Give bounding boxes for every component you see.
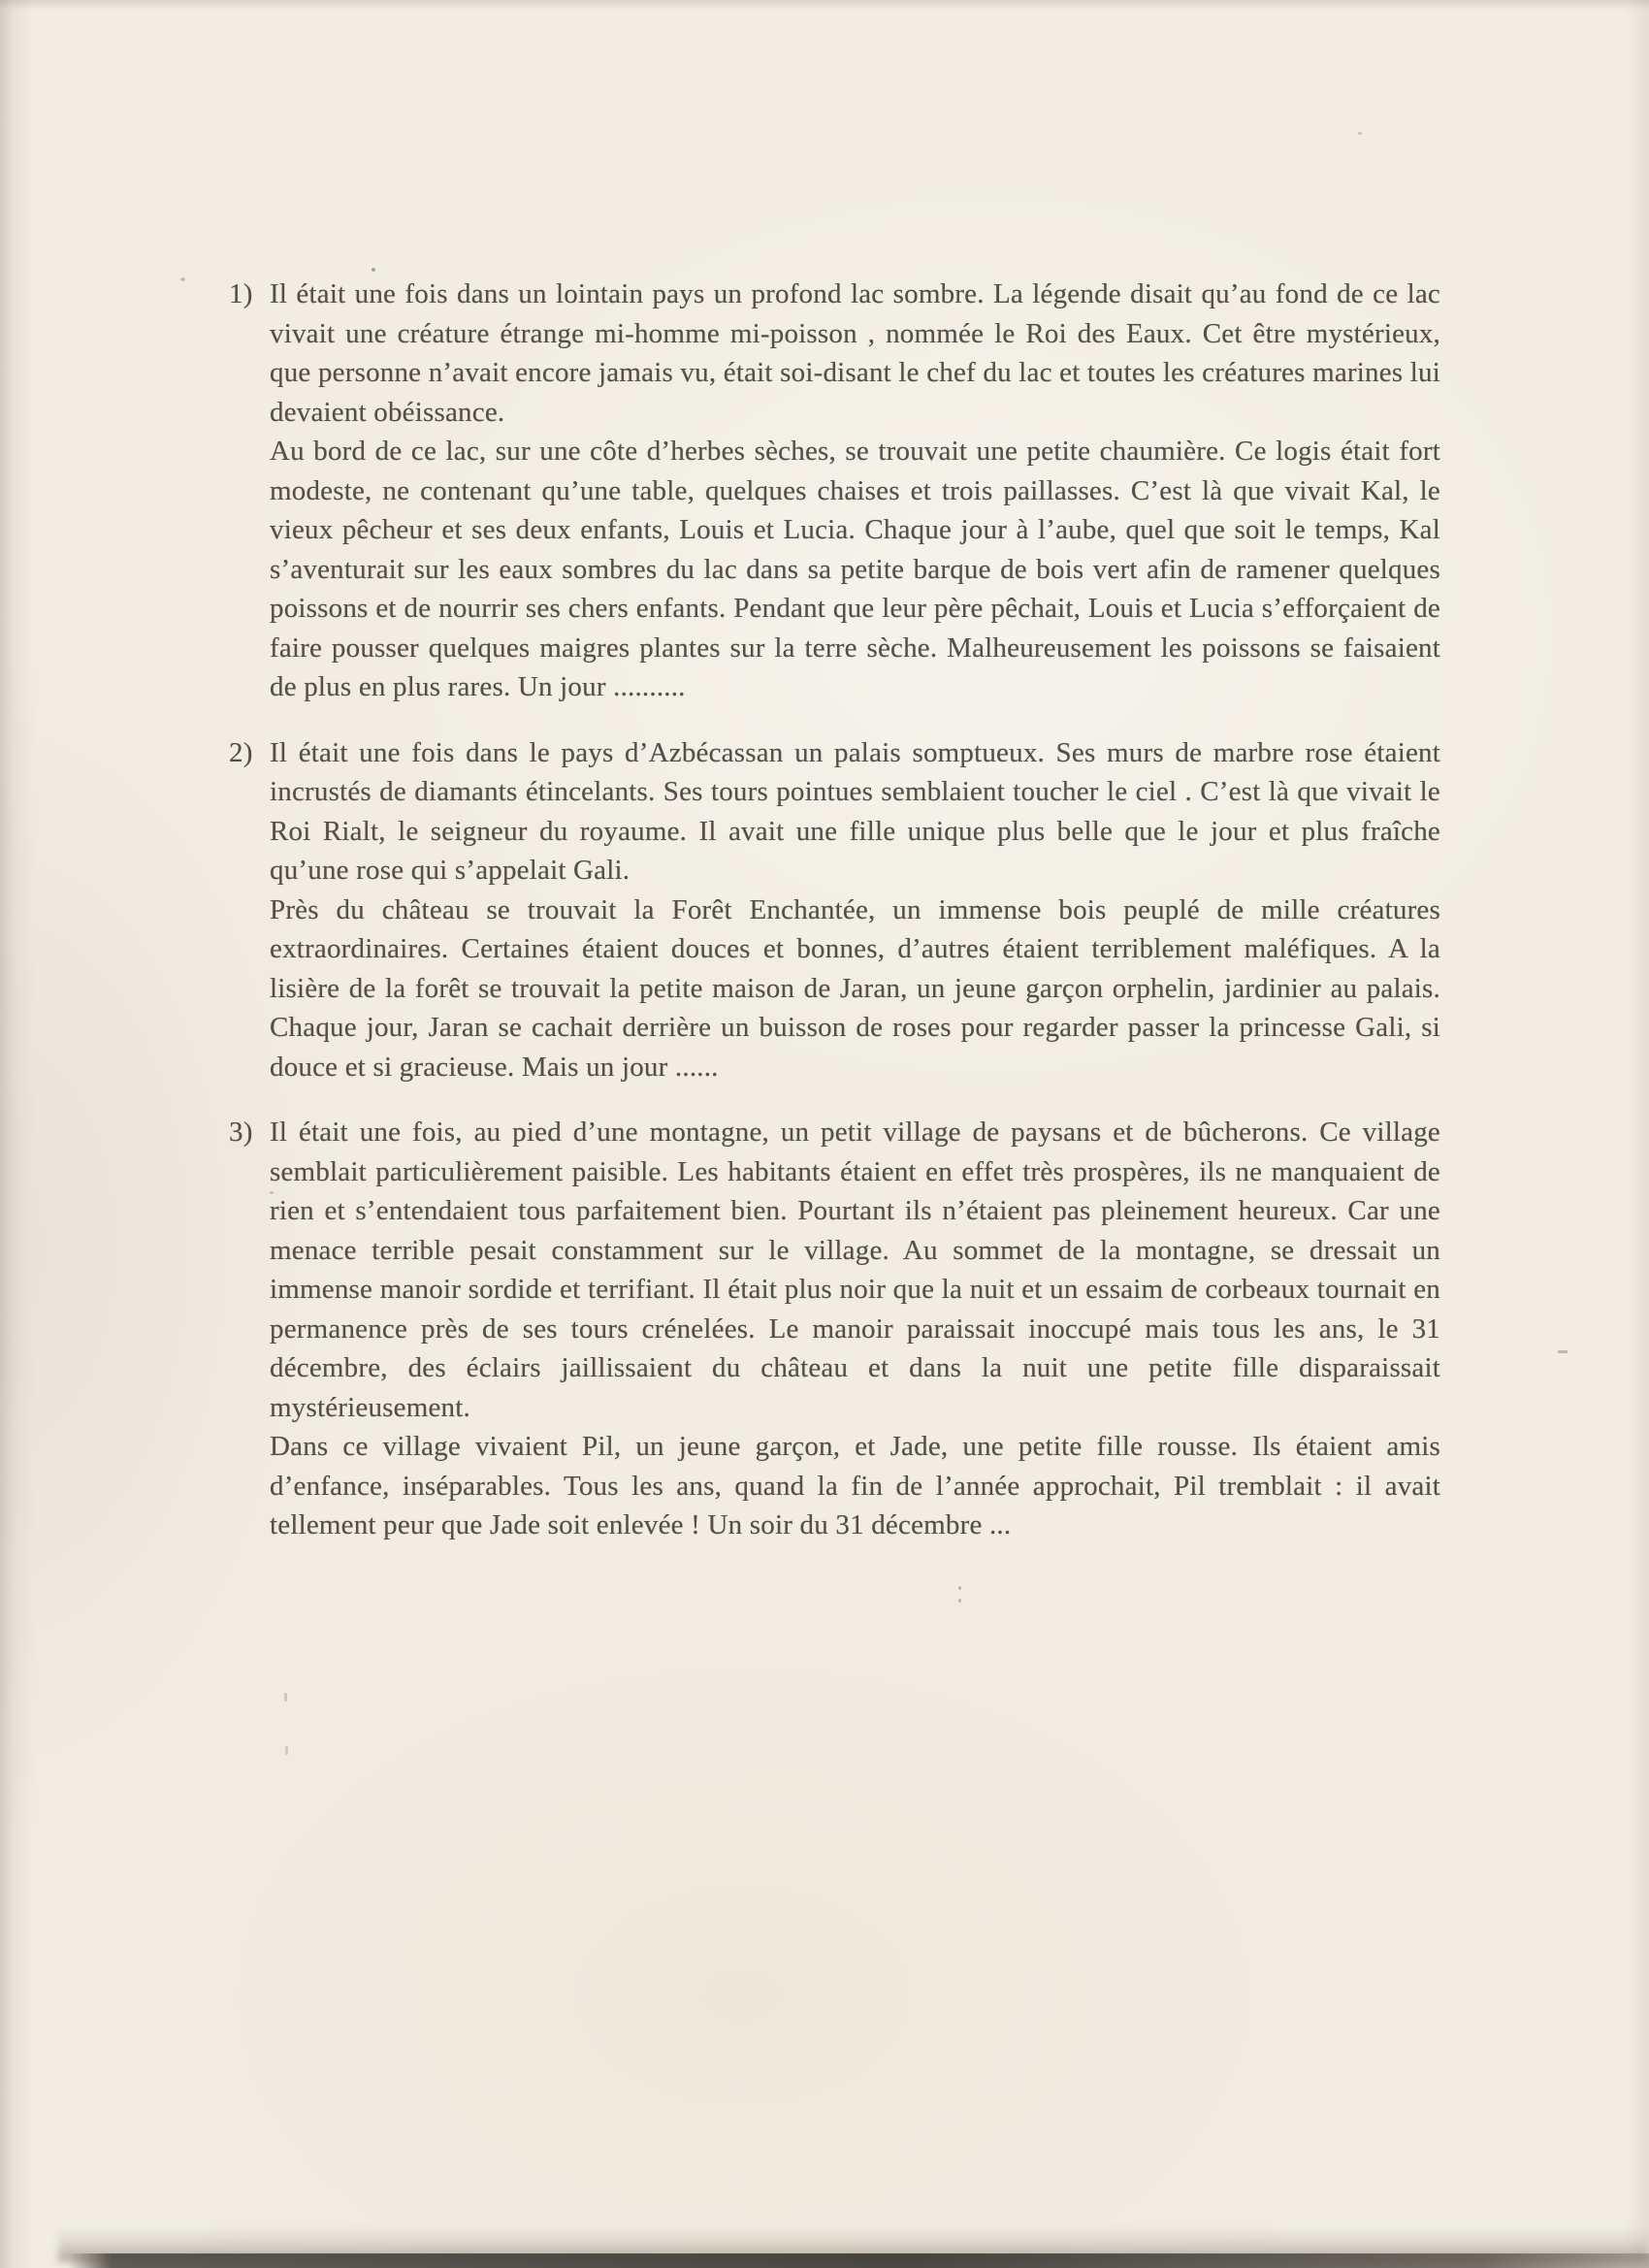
scan-speck [958, 1599, 961, 1603]
story-paragraph: Il était une fois dans le pays d’Azbécas… [270, 733, 1440, 891]
page-edge-right-shading [1626, 0, 1649, 2268]
story-item-2: 2) Il était une fois dans le pays d’Azbé… [270, 733, 1440, 1087]
item-number: 3) [229, 1113, 268, 1152]
scan-speck [285, 1746, 288, 1755]
scan-speck [958, 1586, 961, 1590]
page-edge-top-shading [0, 0, 1649, 10]
story-paragraph: Dans ce village vivaient Pil, un jeune g… [270, 1427, 1440, 1545]
story-list: 1) Il était une fois dans un lointain pa… [270, 275, 1440, 1545]
scanned-page: 1) Il était une fois dans un lointain pa… [0, 0, 1649, 2268]
story-item-3: 3) Il était une fois, au pied d’une mont… [270, 1113, 1440, 1545]
scan-speck [372, 268, 375, 272]
scan-speck [1558, 1350, 1568, 1353]
scan-speck [180, 277, 185, 281]
story-item-1: 1) Il était une fois dans un lointain pa… [270, 275, 1440, 707]
item-number: 2) [229, 733, 268, 773]
page-bottom-shadow [58, 2227, 1649, 2262]
story-paragraph: Il était une fois dans un lointain pays … [270, 275, 1440, 432]
page-edge-left-shading [0, 0, 35, 2268]
item-number: 1) [229, 275, 268, 314]
story-paragraph: Près du château se trouvait la Forêt Enc… [270, 891, 1440, 1087]
story-paragraph: Il était une fois, au pied d’une montagn… [270, 1113, 1440, 1427]
page-bottom-edge [0, 2253, 1649, 2268]
scan-speck [1358, 132, 1362, 135]
scan-speck [284, 1693, 287, 1701]
story-paragraph: Au bord de ce lac, sur une côte d’herbes… [270, 432, 1440, 707]
